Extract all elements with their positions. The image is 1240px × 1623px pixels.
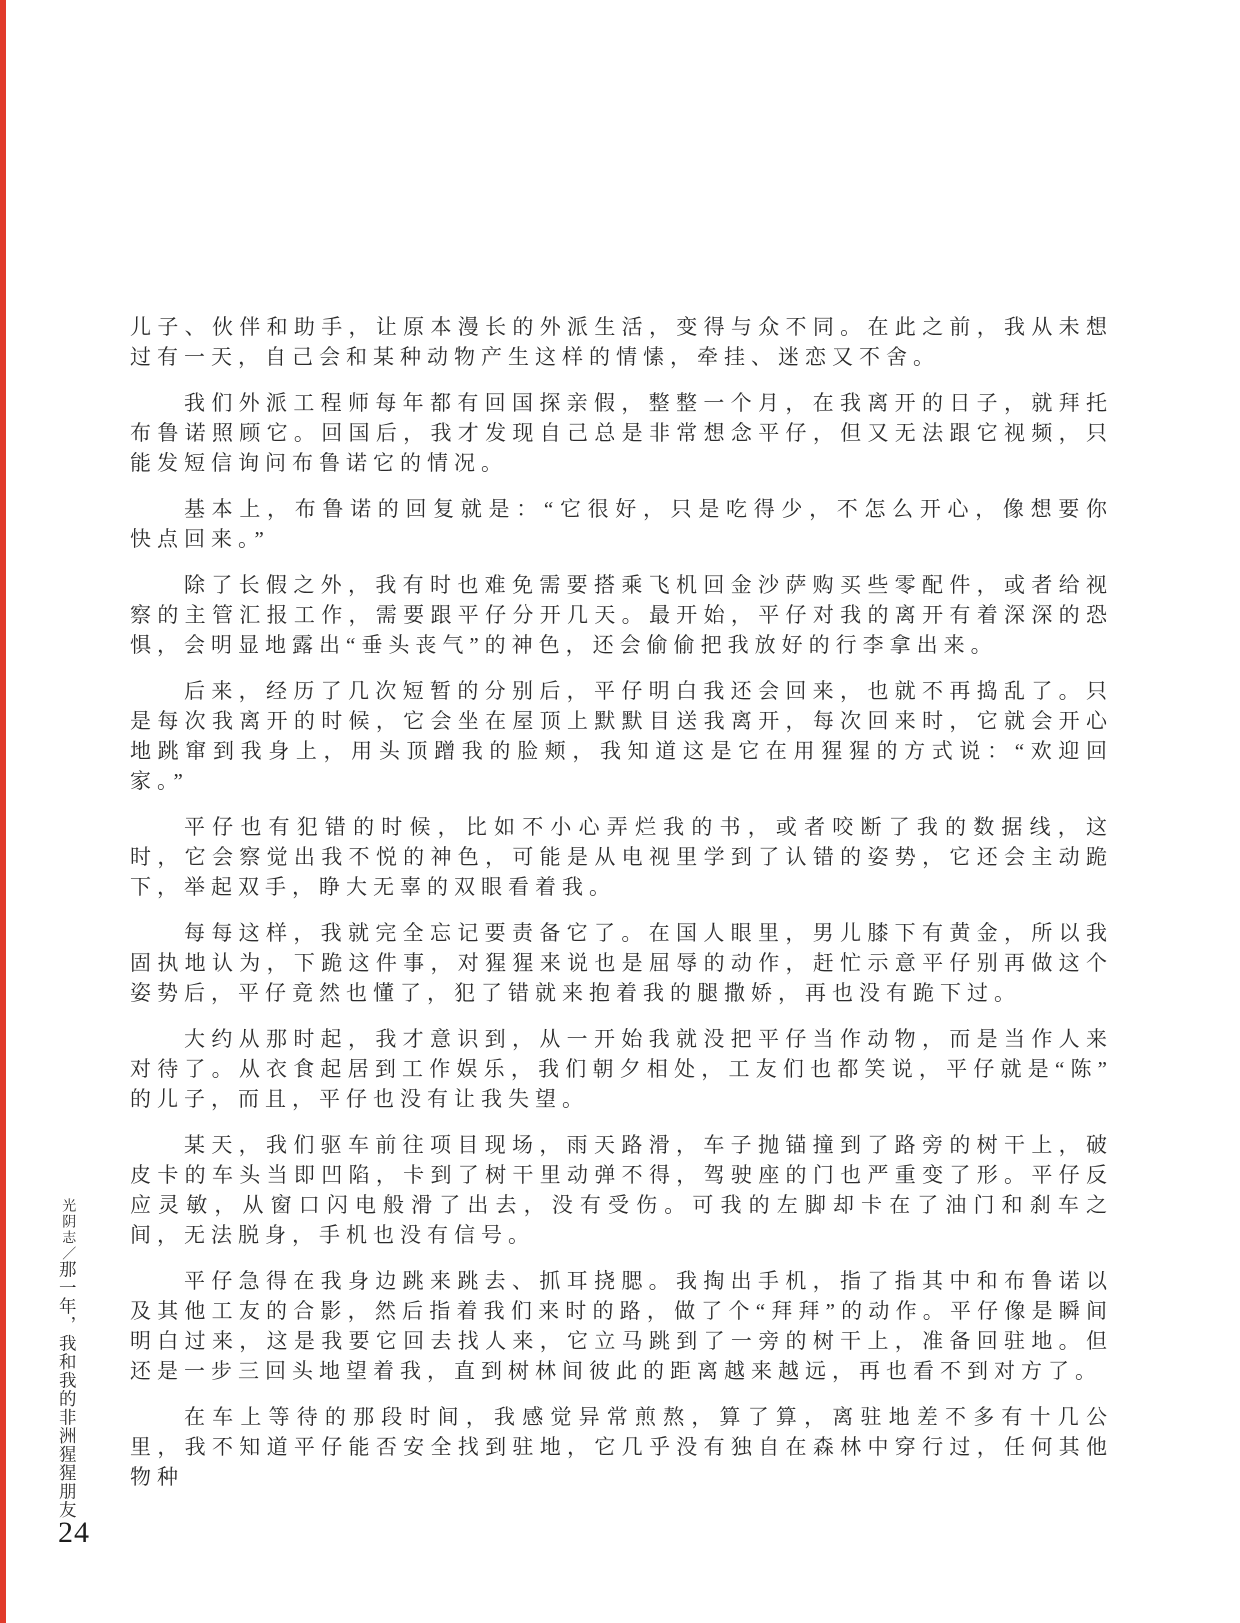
body-paragraph: 每每这样，我就完全忘记要责备它了。在国人眼里，男儿膝下有黄金，所以我固执地认为，… — [130, 918, 1113, 1008]
body-paragraph: 除了长假之外，我有时也难免需要搭乘飞机回金沙萨购买些零配件，或者给视察的主管汇报… — [130, 570, 1113, 660]
title-separator-slash: ／ — [60, 1246, 75, 1260]
spine-accent-line — [0, 0, 6, 1623]
page-number: 24 — [58, 1516, 90, 1550]
body-paragraph: 平仔急得在我身边跳来跳去、抓耳挠腮。我掏出手机，指了指其中和布鲁诺以及其他工友的… — [130, 1266, 1113, 1386]
magazine-page: 光阴志／那一年，我和我的非洲猩猩朋友 24 儿子、伙伴和助手，让原本漫长的外派生… — [0, 0, 1240, 1623]
body-paragraph: 儿子、伙伴和助手，让原本漫长的外派生活，变得与众不同。在此之前，我从未想过有一天… — [130, 312, 1113, 372]
article-title: 那一年，我和我的非洲猩猩朋友 — [57, 1260, 77, 1519]
body-paragraph: 后来，经历了几次短暂的分别后，平仔明白我还会回来，也就不再捣乱了。只是每次我离开… — [130, 676, 1113, 796]
body-paragraph: 某天，我们驱车前往项目现场，雨天路滑，车子抛锚撞到了路旁的树干上，破皮卡的车头当… — [130, 1130, 1113, 1250]
body-paragraph: 大约从那时起，我才意识到，从一开始我就没把平仔当作动物，而是当作人来对待了。从衣… — [130, 1024, 1113, 1114]
article-body: 儿子、伙伴和助手，让原本漫长的外派生活，变得与众不同。在此之前，我从未想过有一天… — [130, 312, 1113, 1508]
body-paragraph: 在车上等待的那段时间，我感觉异常煎熬，算了算，离驻地差不多有十几公里，我不知道平… — [130, 1402, 1113, 1492]
body-paragraph: 我们外派工程师每年都有回国探亲假，整整一个月，在我离开的日子，就拜托布鲁诺照顾它… — [130, 388, 1113, 478]
body-paragraph: 平仔也有犯错的时候，比如不小心弄烂我的书，或者咬断了我的数据线，这时，它会察觉出… — [130, 812, 1113, 902]
sidebar-vertical-text: 光阴志／那一年，我和我的非洲猩猩朋友 — [57, 1198, 76, 1508]
body-paragraph: 基本上，布鲁诺的回复就是：“它很好，只是吃得少，不怎么开心，像想要你快点回来。” — [130, 494, 1113, 554]
magazine-name: 光阴志 — [60, 1198, 75, 1246]
